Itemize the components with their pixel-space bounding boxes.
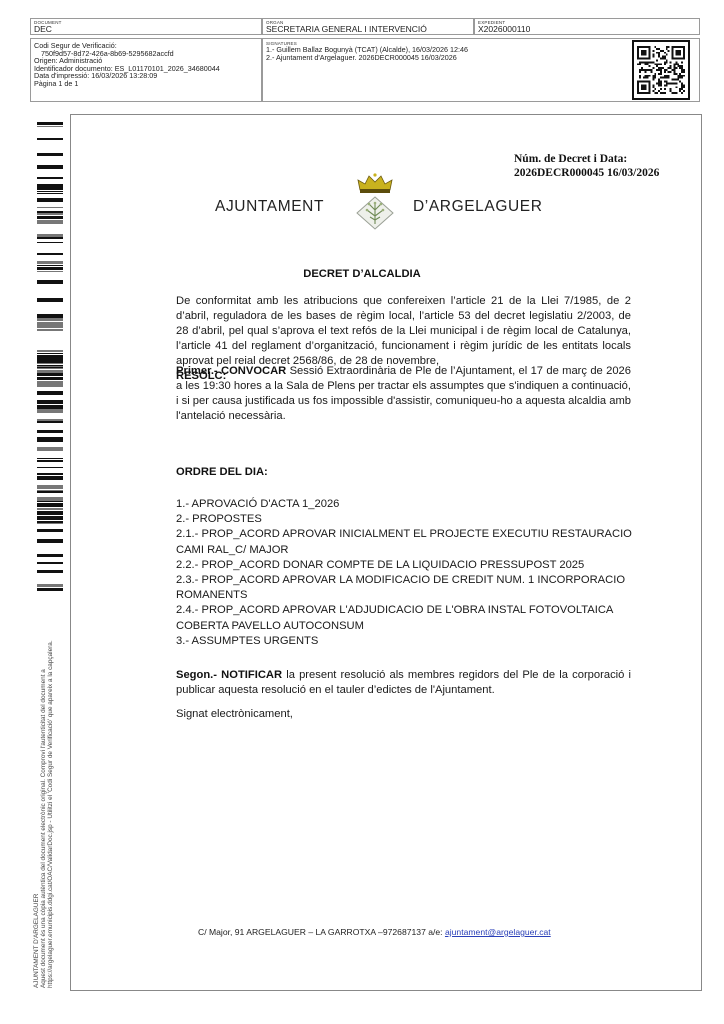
side-note-url[interactable]: https://argelaguer.emunicipis.ddgi.cat/O… <box>47 640 54 988</box>
intro-text: De conformitat amb les atribucions que c… <box>176 295 631 367</box>
page-count-text: Pàgina 1 de 1 <box>34 80 258 88</box>
document-type-value: DEC <box>34 25 258 34</box>
decree-number: Núm. de Decret i Data: 2026DECR000045 16… <box>514 152 659 180</box>
agenda-item: 2.3.- PROP_ACORD APROVAR LA MODIFICACIO … <box>176 573 636 603</box>
agenda-item: 2.- PROPOSTES <box>176 512 636 527</box>
agenda-item: 2.2.- PROP_ACORD DONAR COMPTE DE LA LIQU… <box>176 558 636 573</box>
footer-address: C/ Major, 91 ARGELAGUER – LA GARROTXA –9… <box>198 927 551 937</box>
decree-number-label: Núm. de Decret i Data: <box>514 152 659 166</box>
verification-box: Codi Segur de Verificació: 750f9d57-8d72… <box>30 38 262 102</box>
expedient-field: EXPEDIENT X2026000110 <box>474 18 700 35</box>
organ-value: SECRETARIA GENERAL I INTERVENCIÓ <box>266 25 470 34</box>
agenda-list: 1.- APROVACIÓ D'ACTA 1_2026 2.- PROPOSTE… <box>176 497 636 649</box>
signed-note: Signat electrònicament, <box>176 708 293 720</box>
side-note-statement: Aquest document és una còpia autèntica d… <box>40 640 47 988</box>
first-resolution-lead: Primer.- CONVOCAR <box>176 365 286 377</box>
second-resolution: Segon.- NOTIFICAR la present resolució a… <box>176 668 631 698</box>
decree-title: DECRET D’ALCALDIA <box>0 268 724 280</box>
footer-text: C/ Major, 91 ARGELAGUER – LA GARROTXA –9… <box>198 927 445 937</box>
authenticity-side-note: AJUNTAMENT D'ARGELAGUER Aquest document … <box>33 640 54 988</box>
footer-email-link[interactable]: ajuntament@argelaguer.cat <box>445 927 551 937</box>
second-resolution-lead: Segon.- NOTIFICAR <box>176 669 282 681</box>
first-resolution: Primer.- CONVOCAR Sessió Extraordinària … <box>176 364 631 424</box>
agenda-item: 2.4.- PROP_ACORD APROVAR L'ADJUDICACIO D… <box>176 603 636 633</box>
document-type-field: DOCUMENT DEC <box>30 18 262 35</box>
expedient-value: X2026000110 <box>478 25 696 34</box>
agenda-item: 2.1.- PROP_ACORD APROVAR INICIALMENT EL … <box>176 527 636 557</box>
coat-of-arms-icon <box>352 170 398 230</box>
agenda-item: 1.- APROVACIÓ D'ACTA 1_2026 <box>176 497 636 512</box>
logo-text-ajuntament: AJUNTAMENT <box>215 198 324 216</box>
agenda-title: ORDRE DEL DIA: <box>176 466 268 478</box>
decree-number-value: 2026DECR000045 16/03/2026 <box>514 166 659 180</box>
qr-code-icon[interactable] <box>632 40 690 100</box>
barcode-icon <box>37 122 63 592</box>
side-note-entity: AJUNTAMENT D'ARGELAGUER <box>33 640 40 988</box>
logo-text-argelaguer: D’ARGELAGUER <box>413 198 543 216</box>
organ-field: ORGAN SECRETARIA GENERAL I INTERVENCIÓ <box>262 18 474 35</box>
agenda-item: 3.- ASSUMPTES URGENTS <box>176 634 636 649</box>
